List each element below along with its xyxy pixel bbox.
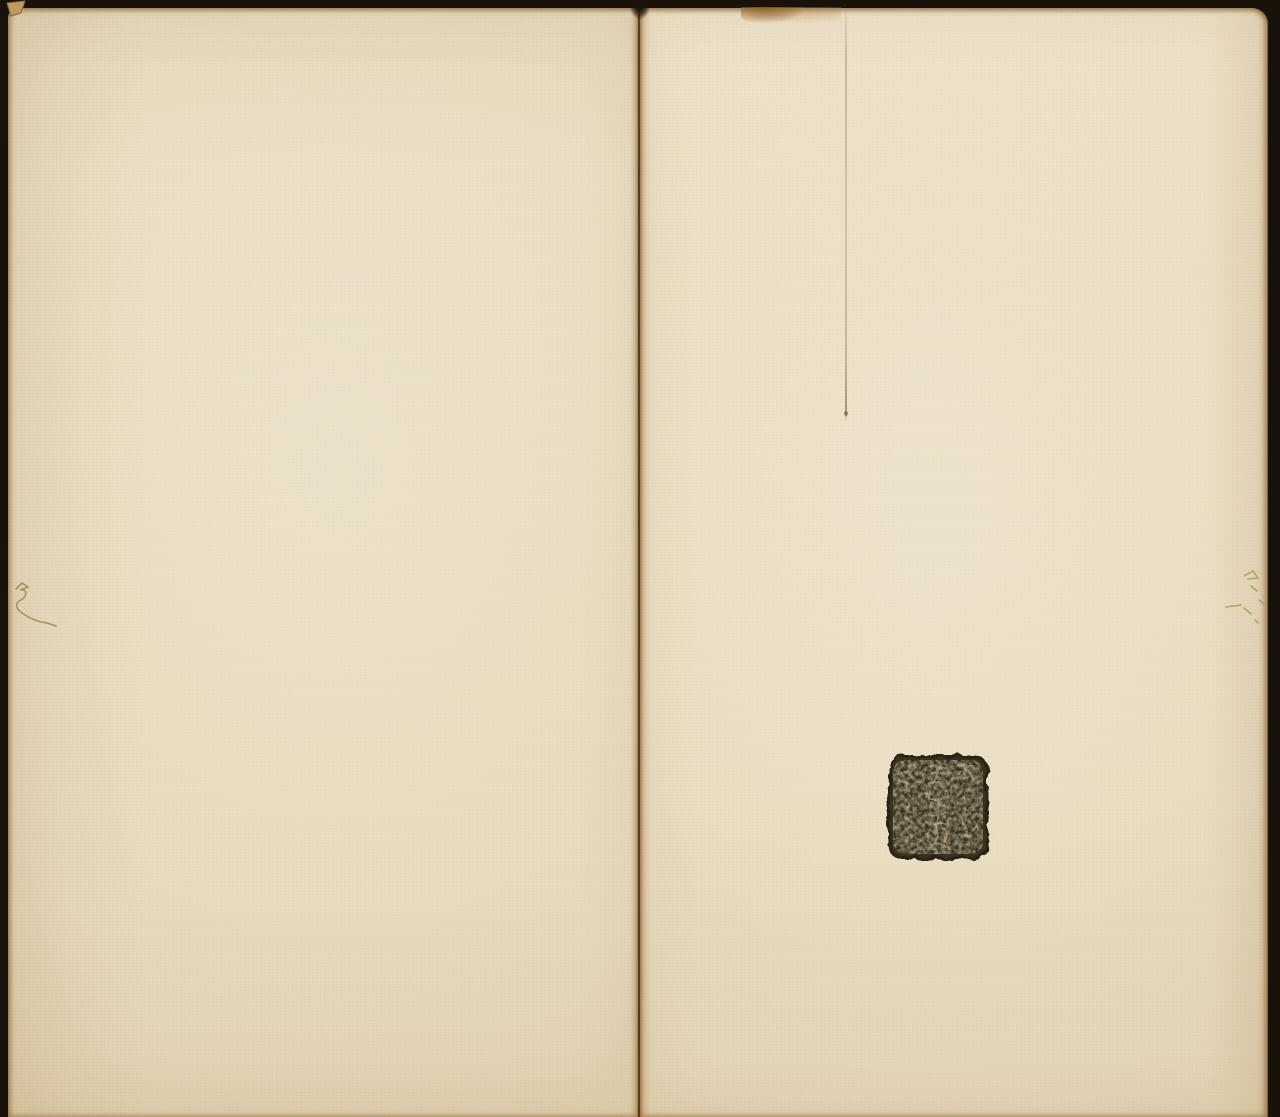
seal-impression xyxy=(884,751,992,863)
seal-graphic xyxy=(884,751,992,863)
paper-chip-icon xyxy=(4,0,28,20)
left-page xyxy=(8,8,638,1117)
center-fold-shadow xyxy=(629,8,651,1117)
binding-thread-right-icon xyxy=(1216,562,1272,636)
scan-background: { "scan": { "kind": "book-spread", "back… xyxy=(0,0,1280,1117)
fold-top-notch xyxy=(626,5,654,37)
binding-thread-left-icon xyxy=(4,576,68,638)
right-page xyxy=(640,8,1268,1117)
vertical-crease xyxy=(845,8,847,422)
